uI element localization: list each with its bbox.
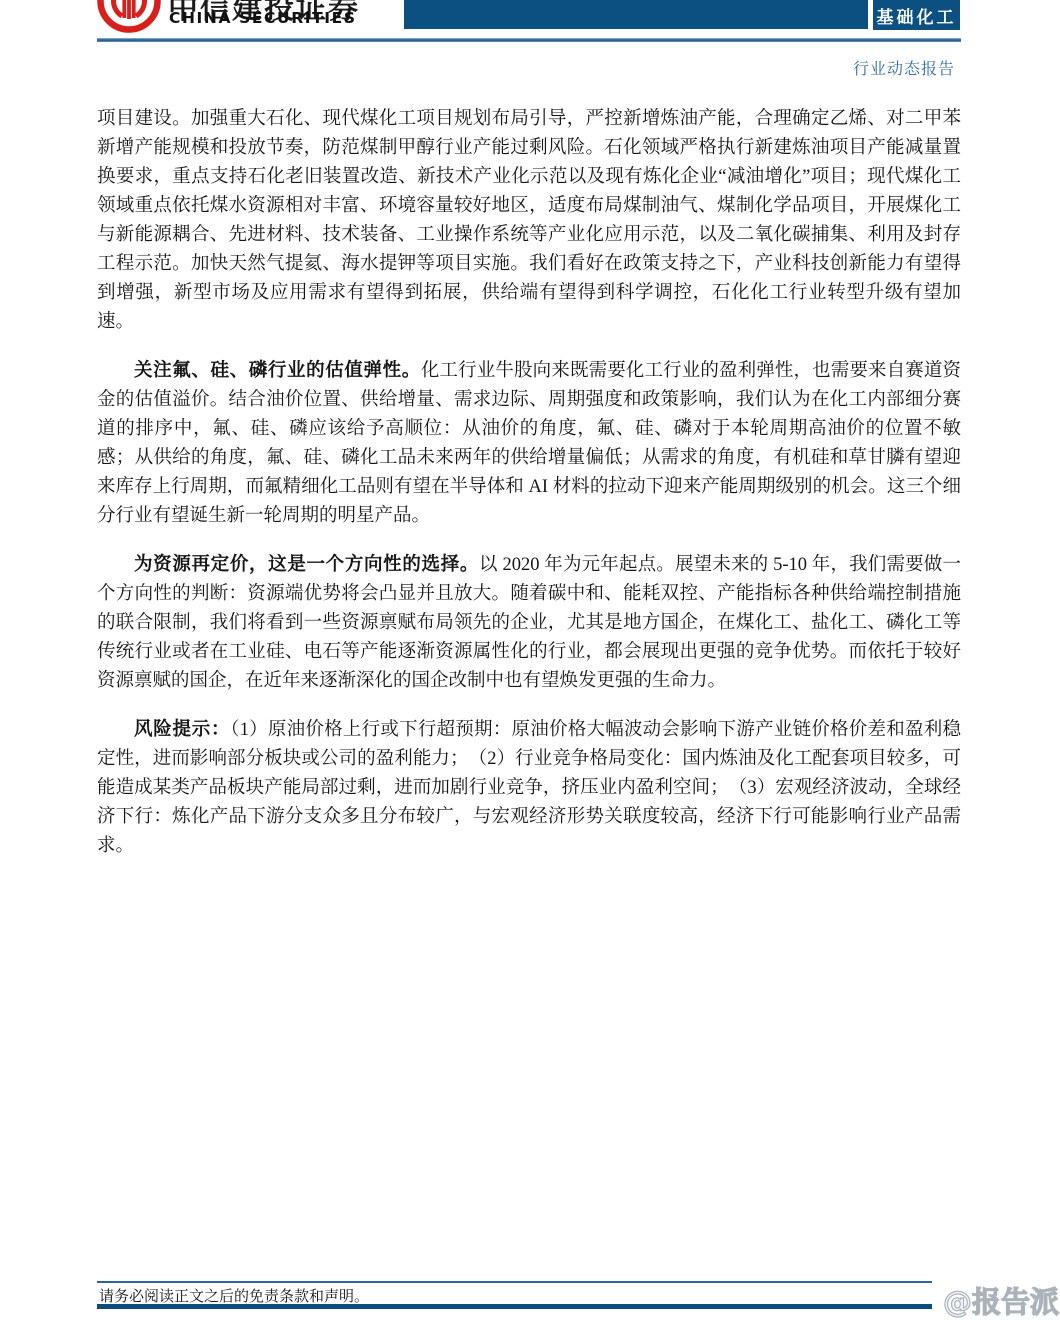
watermark: @报告派: [932, 1280, 1060, 1320]
paragraph-policy-projects: 项目建设。加强重大石化、现代煤化工项目规划布局引导，严控新增炼油产能，合理确定乙…: [97, 104, 961, 337]
paragraph-text: 项目建设。加强重大石化、现代煤化工项目规划布局引导，严控新增炼油产能，合理确定乙…: [97, 109, 961, 332]
paragraph-risk-warning: 风险提示：（1）原油价格上行或下行超预期：原油价格大幅波动会影响下游产业链价格价…: [97, 715, 961, 861]
footer-divider-bottom: [97, 1304, 961, 1309]
paragraph-text: （1）原油价格上行或下行超预期：原油价格大幅波动会影响下游产业链价格价差和盈利稳…: [97, 720, 961, 856]
paragraph-valuation-elasticity: 关注氟、硅、磷行业的估值弹性。化工行业牛股向来既需要化工行业的盈利弹性，也需要来…: [97, 356, 961, 531]
disclaimer-text: 请务必阅读正文之后的免责条款和声明。: [99, 1285, 369, 1306]
header-divider: [97, 38, 961, 42]
paragraph-text: 化工行业牛股向来既需要化工行业的盈利弹性，也需要来自赛道资金的估值溢价。结合油价…: [97, 361, 961, 526]
brand-logo-icon: [97, 0, 161, 33]
paragraph-lead: 风险提示：: [134, 719, 230, 740]
report-body: 项目建设。加强重大石化、现代煤化工项目规划布局引导，严控新增炼油产能，合理确定乙…: [97, 104, 961, 880]
industry-category-badge: 基础化工: [873, 0, 960, 30]
watermark-text: @报告派: [943, 1280, 1060, 1320]
report-type-label: 行业动态报告: [97, 56, 955, 79]
brand-name-en: CHINA SECURITIES: [169, 9, 357, 27]
header-color-bar: [404, 0, 868, 29]
paragraph-lead: 关注氟、硅、磷行业的估值弹性。: [134, 360, 421, 381]
paragraph-resource-repricing: 为资源再定价，这是一个方向性的选择。以 2020 年为元年起点。展望未来的 5-…: [97, 550, 961, 696]
paragraph-lead: 为资源再定价，这是一个方向性的选择。: [134, 554, 479, 575]
report-page: 中信建投证券 CHINA SECURITIES 基础化工 行业动态报告 项目建设…: [0, 0, 1060, 1320]
paragraph-text: 以 2020 年为元年起点。展望未来的 5-10 年，我们需要做一个方向性的判断…: [97, 555, 961, 691]
footer-divider-top: [97, 1281, 961, 1283]
